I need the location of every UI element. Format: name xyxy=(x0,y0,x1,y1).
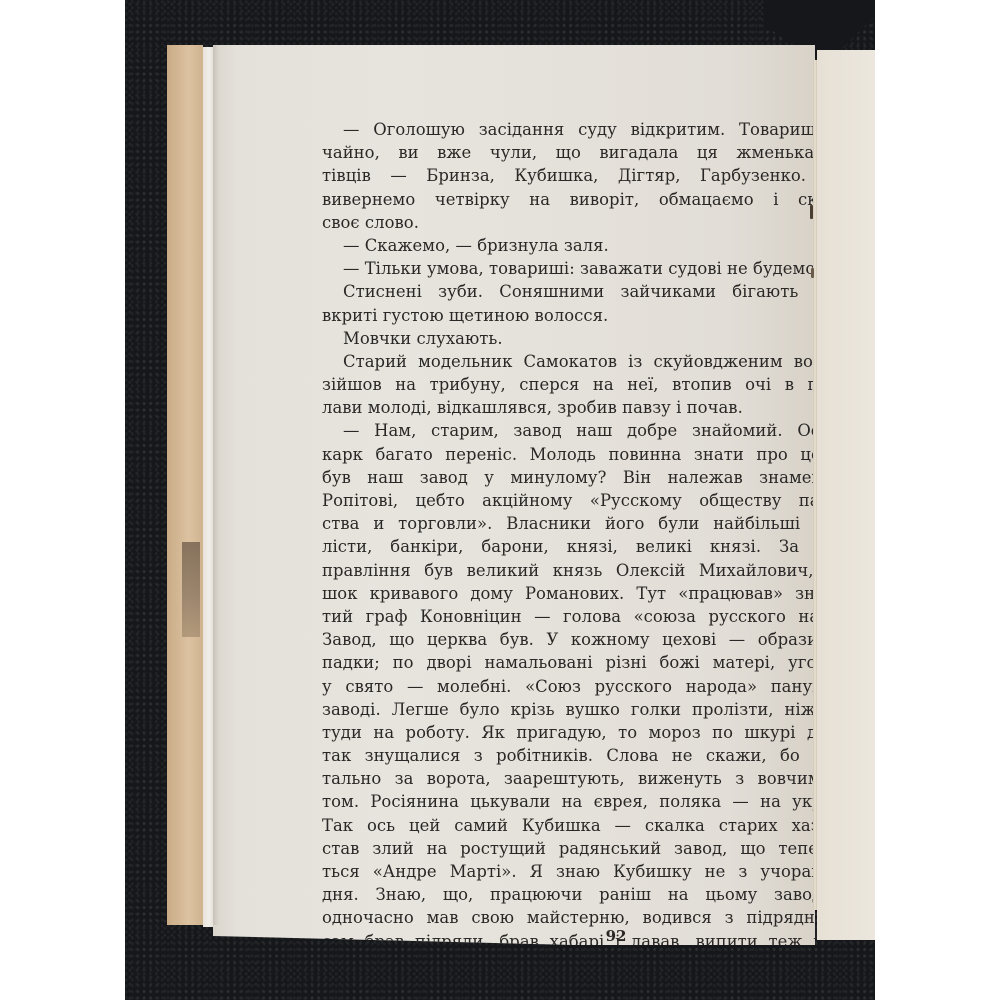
text-line: у свято — молебні. «Союз русского народа… xyxy=(322,675,875,698)
text-line: Ропітові, цебто акційному «Русскому обще… xyxy=(322,489,875,512)
facing-page: ІсЇцНгокакувіпанепо xyxy=(817,50,875,940)
text-line: став злий на ростущий радянський завод, … xyxy=(322,837,875,860)
book-cover-edge xyxy=(167,45,203,925)
book-photo: — Оголошую засідання суду відкритим. Тов… xyxy=(125,0,875,1000)
cover-stain xyxy=(182,542,200,637)
text-line: вкриті густою щетиною волосся. xyxy=(322,304,875,327)
text-line: — Нам, старим, завод наш добре знайомий.… xyxy=(322,419,875,442)
text-line: був наш завод у минулому? Він належав зн… xyxy=(322,466,875,489)
text-line: Мовчки слухають. xyxy=(322,327,875,350)
text-line: зійшов на трибуну, сперся на неї, втопив… xyxy=(322,373,875,396)
text-line: дня. Знаю, що, працюючи раніш на цьому з… xyxy=(322,883,875,906)
text-line: ться «Андре Марті». Я знаю Кубишку не з … xyxy=(322,860,875,883)
text-line: ства и торговли». Власники його були най… xyxy=(322,512,875,535)
text-line: том. Росіянина цькували на єврея, поляка… xyxy=(322,790,875,813)
text-line: Так ось цей самий Кубишка — скалка стари… xyxy=(322,814,875,837)
text-line: туди на роботу. Як пригадую, то мороз по… xyxy=(322,721,875,744)
text-line: Старий модельник Самокатов із скуйовджен… xyxy=(322,350,875,373)
text-line: тально за ворота, заарештують, виженуть … xyxy=(322,767,875,790)
page-shadow xyxy=(213,45,219,925)
text-line: — Скажемо, — бризнула заля. xyxy=(322,234,875,257)
text-line: лісти, банкіри, барони, князі, великі кн… xyxy=(322,535,875,558)
body-text: — Оголошую засідання суду відкритим. Тов… xyxy=(322,118,875,953)
text-line: тий граф Коновніцин — голова «союза русс… xyxy=(322,605,875,628)
text-line: заводі. Легше було крізь вушко голки про… xyxy=(322,698,875,721)
text-line: лави молоді, відкашлявся, зробив павзу і… xyxy=(322,396,875,419)
text-line: — Оголошую засідання суду відкритим. Тов… xyxy=(322,118,875,141)
text-line: — Тільки умова, товариші: заважати судов… xyxy=(322,257,875,280)
text-line: правління був великий князь Олексій Миха… xyxy=(322,559,875,582)
thread-mark xyxy=(810,205,813,219)
book-gutter xyxy=(813,60,817,910)
page-left: — Оголошую засідання суду відкритим. Тов… xyxy=(213,45,815,945)
text-line: Завод, що церква був. У кожному цехові —… xyxy=(322,628,875,651)
text-line: тівців — Бринза, Кубишка, Дігтяр, Гарбуз… xyxy=(322,164,875,187)
text-line: вивернемо четвірку на виворіт, обмацаємо… xyxy=(322,188,875,211)
page-number: 92 xyxy=(596,927,636,945)
text-line: Стиснені зуби. Соняшними зайчиками бігаю… xyxy=(322,280,875,303)
text-line: шок кривавого дому Романових. Тут «працю… xyxy=(322,582,875,605)
text-line: чайно, ви вже чули, що вигадала ця жмень… xyxy=(322,141,875,164)
thread-mark xyxy=(811,268,814,278)
text-line: карк багато переніс. Молодь повинна знат… xyxy=(322,443,875,466)
text-line: так знущалися з робітників. Слова не ска… xyxy=(322,744,875,767)
text-line: падки; по дворі намальовані різні божі м… xyxy=(322,651,875,674)
text-line: своє слово. xyxy=(322,211,875,234)
